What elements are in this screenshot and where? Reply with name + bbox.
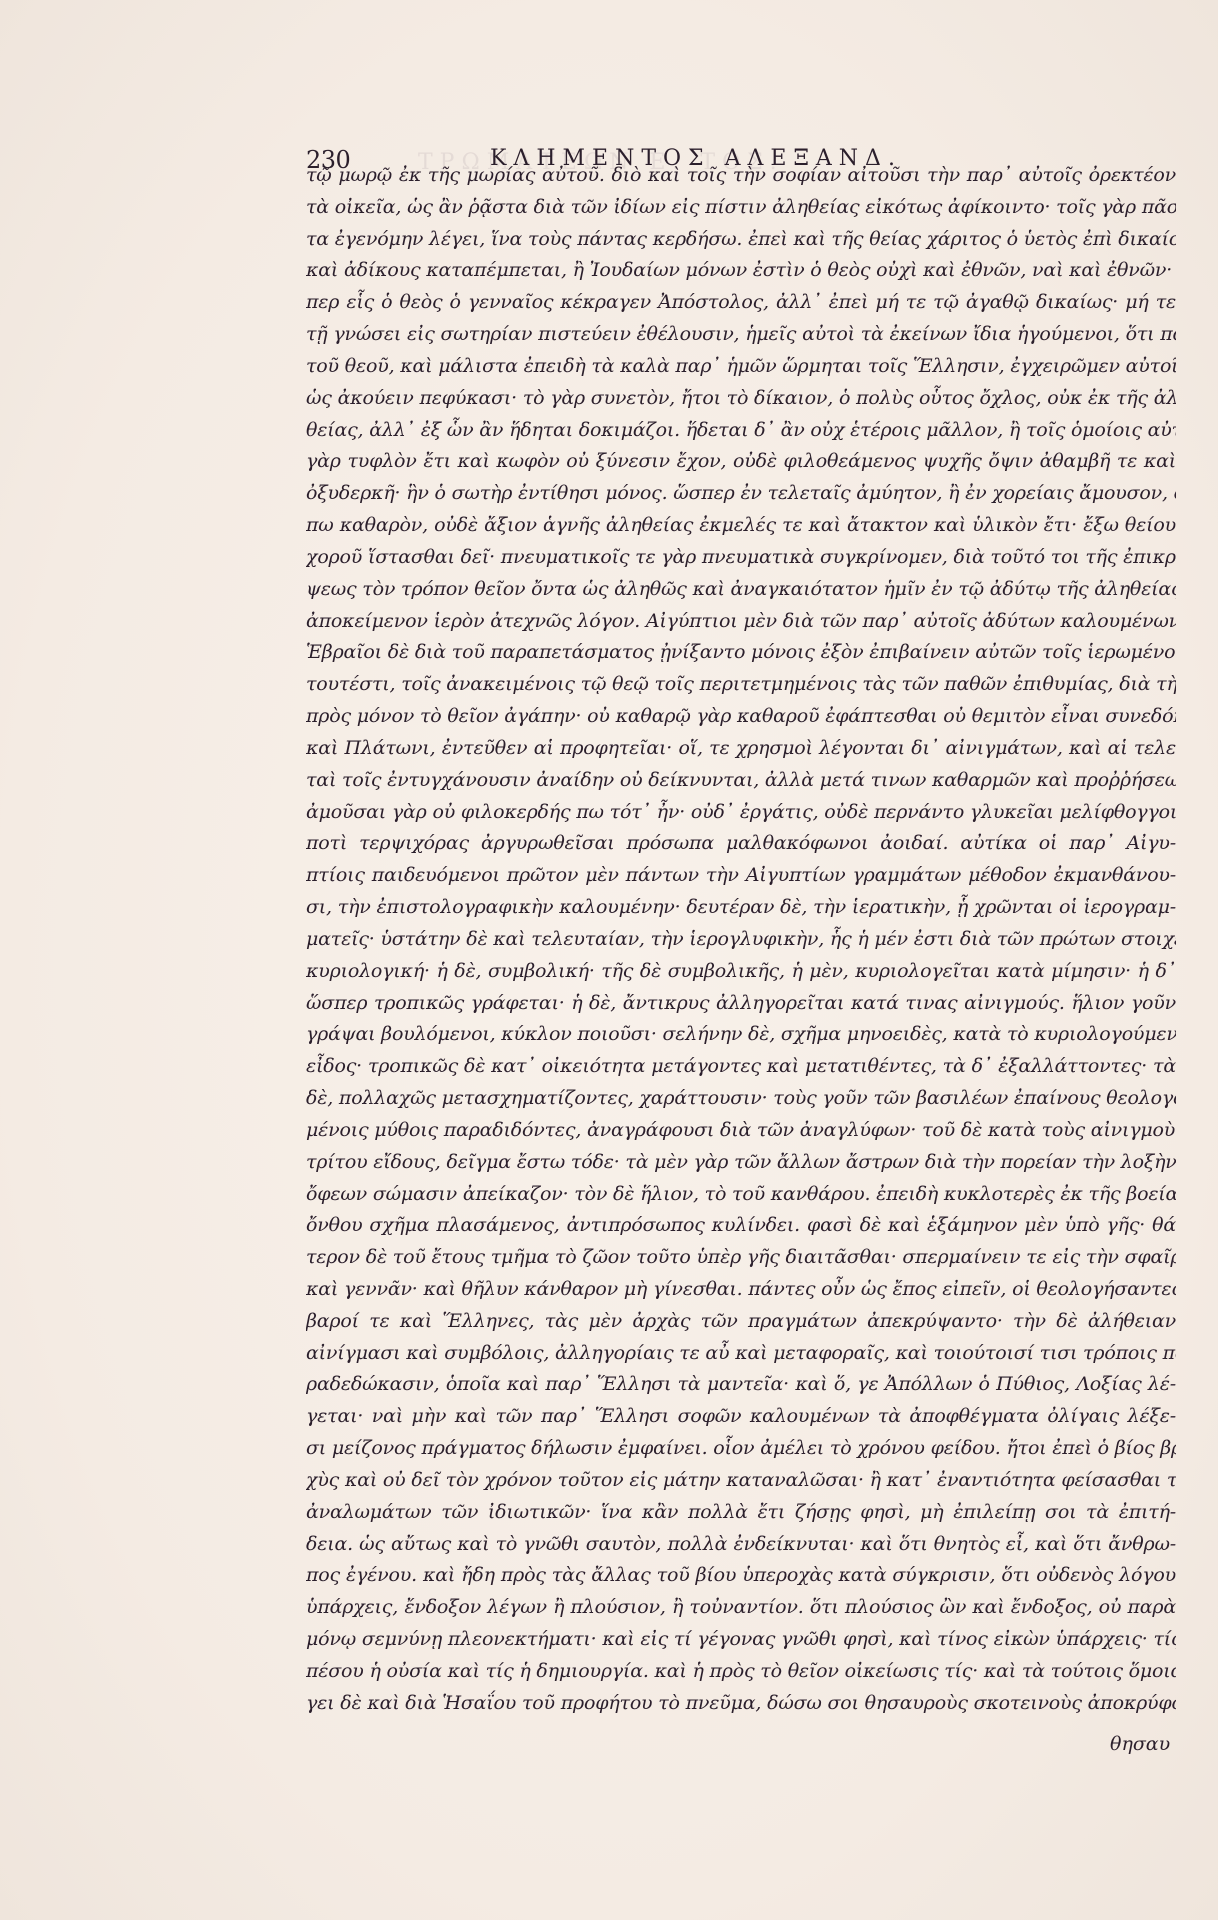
text-line: γεται· ναὶ μὴν καὶ τῶν παρ᾽ Ἕλλησι σοφῶν… bbox=[306, 1401, 1176, 1433]
text-line: πρὸς μόνον τὸ θεῖον ἀγάπην· οὐ καθαρῷ γὰ… bbox=[306, 701, 1176, 733]
text-line: ὥσπερ τροπικῶς γράφεται· ἡ δὲ, ἄντικρυς … bbox=[306, 988, 1176, 1020]
text-line: χὺς καὶ οὐ δεῖ τὸν χρόνον τοῦτον εἰς μάτ… bbox=[306, 1465, 1176, 1497]
text-line: μένοις μύθοις παραδιδόντες, ἀναγράφουσι … bbox=[306, 1115, 1176, 1147]
text-line: ὀξυδερκῆ· ἣν ὁ σωτὴρ ἐντίθησι μόνος. ὥσπ… bbox=[306, 478, 1176, 510]
text-line: τὰ οἰκεῖα, ὡς ἂν ῥᾷστα διὰ τῶν ἰδίων εἰς… bbox=[306, 192, 1176, 224]
text-line: βαροί τε καὶ Ἕλληνες, τὰς μὲν ἀρχὰς τῶν … bbox=[306, 1306, 1176, 1338]
text-line: περ εἷς ὁ θεὸς ὁ γενναῖος κέκραγεν Ἀπόστ… bbox=[306, 287, 1176, 319]
text-line: πέσου ἡ οὐσία καὶ τίς ἡ δημιουργία. καὶ … bbox=[306, 1656, 1176, 1688]
text-line: ἀμοῦσαι γὰρ οὐ φιλοκερδής πω τότ᾽ ἦν· οὐ… bbox=[306, 797, 1176, 829]
text-line: ὄνθου σχῆμα πλασάμενος, ἀντιπρόσωπος κυλ… bbox=[306, 1210, 1176, 1242]
text-line: ὄφεων σώμασιν ἀπείκαζον· τὸν δὲ ἥλιον, τ… bbox=[306, 1179, 1176, 1211]
text-line: χοροῦ ἵστασθαι δεῖ· πνευματικοῖς τε γὰρ … bbox=[306, 542, 1176, 574]
text-line: γει δὲ καὶ διὰ Ἡσαΐου τοῦ προφήτου τὸ πν… bbox=[306, 1688, 1176, 1720]
text-line: καὶ γεννᾶν· καὶ θῆλυν κάνθαρον μὴ γίνεσθ… bbox=[306, 1274, 1176, 1306]
text-line: αἰνίγμασι καὶ συμβόλοις, ἀλληγορίαις τε … bbox=[306, 1338, 1176, 1370]
greek-text-body: τῷ μωρῷ ἐκ τῆς μωρίας αὐτοῦ. διὸ καὶ τοῖ… bbox=[306, 160, 1176, 1720]
text-line: τοῦ θεοῦ, καὶ μάλιστα ἐπειδὴ τὰ καλὰ παρ… bbox=[306, 351, 1176, 383]
text-line: ραδεδώκασιν, ὁποῖα καὶ παρ᾽ Ἕλλησι τὰ μα… bbox=[306, 1369, 1176, 1401]
text-line: καὶ Πλάτωνι, ἐντεῦθεν αἱ προφητεῖαι· οἵ,… bbox=[306, 733, 1176, 765]
text-line: ἀναλωμάτων τῶν ἰδιωτικῶν· ἵνα κἂν πολλὰ … bbox=[306, 1497, 1176, 1529]
text-line: δὲ, πολλαχῶς μετασχηματίζοντες, χαράττου… bbox=[306, 1083, 1176, 1115]
text-line: τερον δὲ τοῦ ἔτους τμῆμα τὸ ζῶον τοῦτο ὑ… bbox=[306, 1242, 1176, 1274]
text-line: καὶ ἀδίκους καταπέμπεται, ἢ Ἰουδαίων μόν… bbox=[306, 255, 1176, 287]
text-line: τῷ μωρῷ ἐκ τῆς μωρίας αὐτοῦ. διὸ καὶ τοῖ… bbox=[306, 160, 1176, 192]
text-line: ματεῖς· ὑστάτην δὲ καὶ τελευταίαν, τὴν ἱ… bbox=[306, 924, 1176, 956]
text-line: μόνῳ σεμνύνῃ πλεονεκτήματι· καὶ εἰς τί γ… bbox=[306, 1624, 1176, 1656]
text-line: ὑπάρχεις, ἔνδοξον λέγων ἢ πλούσιον, ἢ το… bbox=[306, 1592, 1176, 1624]
text-line: σι μείζονος πράγματος δήλωσιν ἐμφαίνει. … bbox=[306, 1433, 1176, 1465]
text-line: γράψαι βουλόμενοι, κύκλον ποιοῦσι· σελήν… bbox=[306, 1019, 1176, 1051]
text-line: τῇ γνώσει εἰς σωτηρίαν πιστεύειν ἐθέλουσ… bbox=[306, 319, 1176, 351]
text-line: πω καθαρὸν, οὐδὲ ἄξιον ἁγνῆς ἀληθείας ἐκ… bbox=[306, 510, 1176, 542]
text-line: ὡς ἀκούειν πεφύκασι· τὸ γὰρ συνετὸν, ἤτο… bbox=[306, 383, 1176, 415]
text-line: ψεως τὸν τρόπον θεῖον ὄντα ὡς ἀληθῶς καὶ… bbox=[306, 574, 1176, 606]
text-line: ἀποκείμενον ἱερὸν ἀτεχνῶς λόγον. Αἰγύπτι… bbox=[306, 606, 1176, 638]
text-line: πος ἐγένου. καὶ ἤδη πρὸς τὰς ἄλλας τοῦ β… bbox=[306, 1560, 1176, 1592]
text-line: Ἑβραῖοι δὲ διὰ τοῦ παραπετάσματος ᾐνίξαν… bbox=[306, 637, 1176, 669]
text-line: θείας, ἀλλ᾽ ἐξ ὧν ἂν ἥδηται δοκιμάζοι. ἥ… bbox=[306, 415, 1176, 447]
text-line: πτίοις παιδευόμενοι πρῶτον μὲν πάντων τὴ… bbox=[306, 860, 1176, 892]
text-line: τουτέστι, τοῖς ἀνακειμένοις τῷ θεῷ τοῖς … bbox=[306, 669, 1176, 701]
catchword: θησαυ bbox=[1110, 1733, 1170, 1755]
scanned-book-page: ΤΡΩΜΑΤΕΩΝ Ε. ΤΟΣ. 230 ΚΛΗΜΕΝΤΟΣ ΑΛΕΞΑΝΔ.… bbox=[0, 0, 1218, 1920]
text-line: σι, τὴν ἐπιστολογραφικὴν καλουμένην· δευ… bbox=[306, 892, 1176, 924]
text-line: ποτὶ τερψιχόρας ἀργυρωθεῖσαι πρόσωπα μαλ… bbox=[306, 828, 1176, 860]
text-line: γὰρ τυφλὸν ἔτι καὶ κωφὸν οὐ ξύνεσιν ἔχον… bbox=[306, 446, 1176, 478]
text-line: δεια. ὡς αὔτως καὶ τὸ γνῶθι σαυτὸν, πολλ… bbox=[306, 1529, 1176, 1561]
text-line: κυριολογική· ἡ δὲ, συμβολική· τῆς δὲ συμ… bbox=[306, 956, 1176, 988]
text-line: εἶδος· τροπικῶς δὲ κατ᾽ οἰκειότητα μετάγ… bbox=[306, 1051, 1176, 1083]
text-line: ταὶ τοῖς ἐντυγχάνουσιν ἀναίδην οὐ δείκνυ… bbox=[306, 765, 1176, 797]
text-line: τρίτου εἴδους, δεῖγμα ἔστω τόδε· τὰ μὲν … bbox=[306, 1147, 1176, 1179]
text-line: τα ἐγενόμην λέγει, ἵνα τοὺς πάντας κερδή… bbox=[306, 224, 1176, 256]
